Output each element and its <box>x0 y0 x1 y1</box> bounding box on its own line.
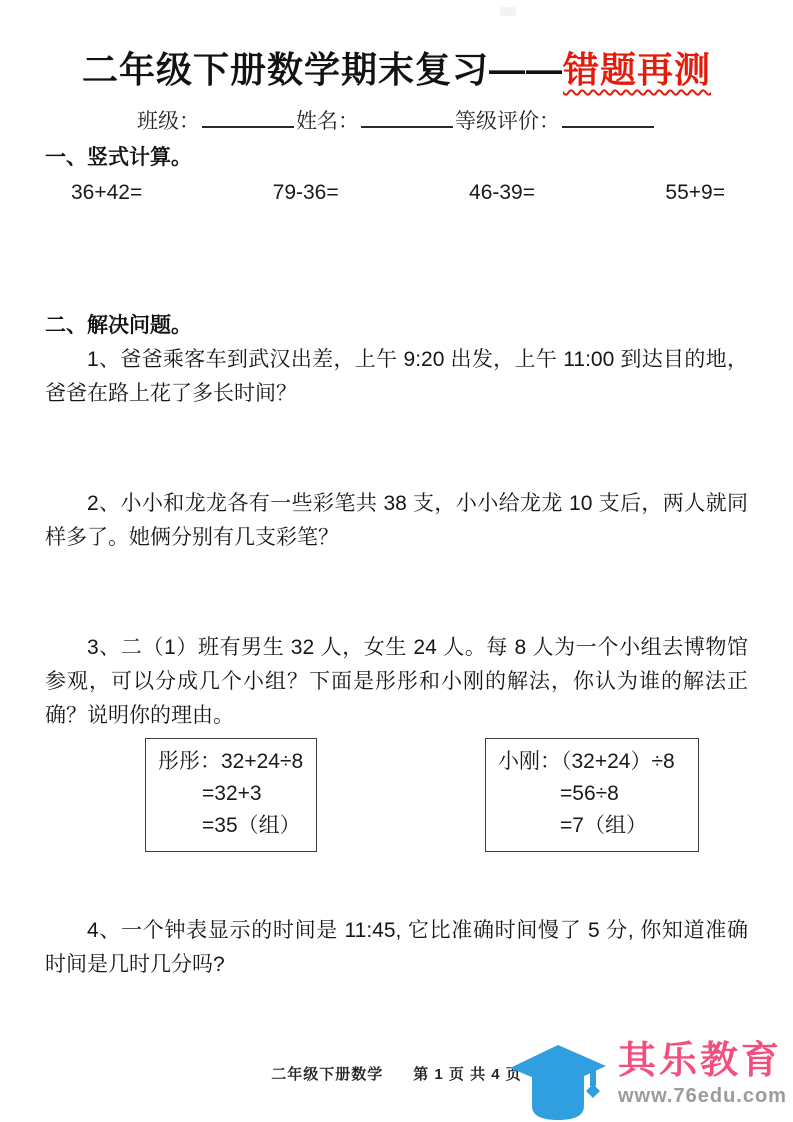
calc-problem-3: 46-39= <box>469 181 535 205</box>
title-black-text: 二年级下册数学期末复习—— <box>82 49 563 90</box>
question-3: 3、二（1）班有男生 32 人，女生 24 人。每 8 人为一个小组去博物馆参观… <box>45 631 748 733</box>
grade-blank <box>562 106 654 128</box>
question-4: 4、一个钟表显示的时间是 11:45, 它比准确时间慢了 5 分, 你知道准确时… <box>45 914 748 982</box>
question-1: 1、爸爸乘客车到武汉出差，上午 9:20 出发，上午 11:00 到达目的地，爸… <box>45 343 748 411</box>
calc-problem-1: 36+42= <box>71 181 142 205</box>
tongtong-line-1: 彤彤：32+24÷8 <box>158 746 306 778</box>
xiaogang-line-3: =7（组） <box>498 810 688 842</box>
title-red-text: 错题再测 <box>563 49 711 90</box>
calc-problem-4: 55+9= <box>665 181 725 205</box>
section2-heading: 二、解决问题。 <box>45 309 748 339</box>
vertical-calc-row: 36+42= 79-36= 46-39= 55+9= <box>45 181 748 205</box>
section1-heading: 一、竖式计算。 <box>45 141 748 171</box>
class-label: 班级： <box>137 109 200 133</box>
student-info-row: 班级：姓名：等级评价： <box>0 105 793 135</box>
tongtong-line-2: =32+3 <box>158 778 306 810</box>
brand-logo: 其乐教育 www.76edu.com <box>508 1040 787 1122</box>
xiaogang-line-1: 小刚：（32+24）÷8 <box>498 746 688 778</box>
worksheet-page: 二年级下册数学期末复习——错题再测 班级：姓名：等级评价： 一、竖式计算。 36… <box>0 0 793 1122</box>
page-title: 二年级下册数学期末复习——错题再测 <box>0 0 793 93</box>
answer-space-3 <box>45 852 748 910</box>
brand-text-block: 其乐教育 www.76edu.com <box>618 1040 787 1108</box>
scan-artifact <box>500 7 516 16</box>
answer-space-1 <box>45 411 748 483</box>
answer-space-2 <box>45 555 748 627</box>
brand-url: www.76edu.com <box>618 1085 787 1108</box>
solution-boxes-row: 彤彤：32+24÷8 =32+3 =35（组） 小刚：（32+24）÷8 =56… <box>45 738 748 852</box>
graduation-cap-icon <box>508 1040 608 1122</box>
tongtong-solution-box: 彤彤：32+24÷8 =32+3 =35（组） <box>145 738 317 852</box>
footer-course: 二年级下册数学 <box>271 1066 383 1083</box>
xiaogang-solution-box: 小刚：（32+24）÷8 =56÷8 =7（组） <box>485 738 699 852</box>
calc-workspace <box>45 205 748 303</box>
brand-name: 其乐教育 <box>618 1040 787 1082</box>
xiaogang-line-2: =56÷8 <box>498 778 688 810</box>
name-blank <box>361 106 453 128</box>
name-label: 姓名： <box>296 109 359 133</box>
class-blank <box>202 106 294 128</box>
question-2: 2、小小和龙龙各有一些彩笔共 38 支，小小给龙龙 10 支后，两人就同样多了。… <box>45 487 748 555</box>
grade-label: 等级评价： <box>455 109 560 133</box>
tongtong-line-3: =35（组） <box>158 810 306 842</box>
footer-page-info: 第 1 页 共 4 页 <box>413 1066 522 1083</box>
calc-problem-2: 79-36= <box>273 181 339 205</box>
